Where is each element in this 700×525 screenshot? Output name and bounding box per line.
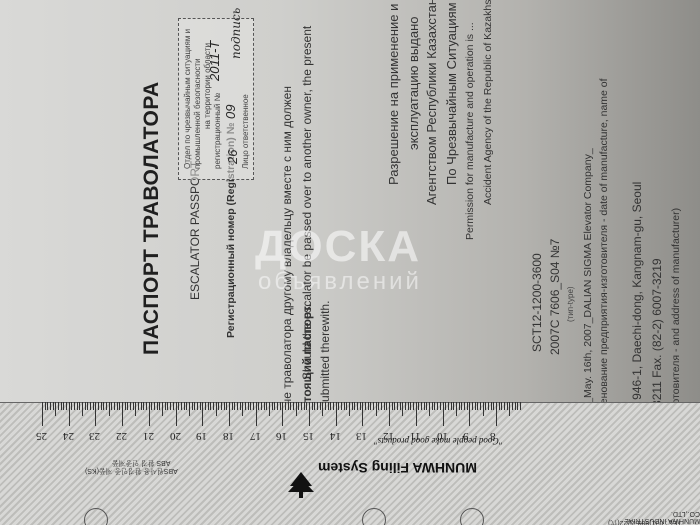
ruler-tick	[312, 402, 313, 410]
ruler-tick	[146, 402, 147, 410]
ruler-hole	[84, 508, 108, 525]
ruler-tick	[512, 402, 513, 410]
ruler-tick	[256, 402, 257, 426]
ruler-tick	[82, 402, 83, 416]
ruler-tick	[47, 402, 48, 410]
ruler-tick	[328, 402, 329, 410]
ruler-tick	[432, 402, 433, 410]
ruler-tick	[381, 402, 382, 410]
ruler-tick	[170, 402, 171, 410]
ruler-tick	[424, 402, 425, 410]
ruler-hole	[362, 508, 386, 525]
ruler-tick	[357, 402, 358, 410]
ruler-tick	[314, 402, 315, 410]
ruler-tick	[119, 402, 120, 410]
ruler-number: 15	[303, 430, 314, 442]
ruler-tick	[472, 402, 473, 410]
ruler-number: 17	[250, 430, 261, 442]
ruler-tick	[250, 402, 251, 410]
ruler-tick	[130, 402, 131, 410]
ruler-tick	[469, 402, 470, 426]
ruler-tick	[443, 402, 444, 426]
ruler-tick	[61, 402, 62, 410]
ruler-tick	[93, 402, 94, 410]
ruler-tick	[157, 402, 158, 410]
permission-ru-1: Разрешение на применение и	[386, 4, 401, 185]
ruler-tick	[285, 402, 286, 410]
ruler-tick	[301, 402, 302, 410]
ruler-brand: MUNHWA Filing System	[318, 460, 477, 476]
ruler-tick	[79, 402, 80, 410]
ruler-tick	[520, 402, 521, 410]
ruler-tick	[384, 402, 385, 410]
ruler-tick	[192, 402, 193, 410]
ruler-tick	[360, 402, 361, 410]
ruler-tick	[485, 402, 486, 410]
ruler-tick	[181, 402, 182, 410]
ruler-tick	[451, 402, 452, 410]
ruler-tick	[151, 402, 152, 410]
stamp-signature: подпись	[229, 8, 243, 59]
ruler-tick	[87, 402, 88, 410]
ruler-maker-tel: TEL : 031)989-2222(代)	[608, 518, 682, 525]
ruler-tick	[208, 402, 209, 410]
ruler-tick	[154, 402, 155, 410]
ruler-tick	[402, 402, 403, 416]
ruler-tick	[90, 402, 91, 410]
ruler-number: 25	[36, 430, 47, 442]
ruler-tick	[373, 402, 374, 410]
ruler-tick	[496, 402, 497, 426]
permission-ru-3: Агентством Республики Казахстан	[424, 0, 439, 205]
ruler-tick	[290, 402, 291, 410]
ruler-tick	[127, 402, 128, 410]
ruler-tick	[135, 402, 136, 416]
ruler-tick	[517, 402, 518, 410]
ruler-tick	[210, 402, 211, 410]
ruler-tick	[229, 402, 230, 426]
ruler-tick	[499, 402, 500, 410]
ruler-tick	[491, 402, 492, 410]
stamp-footer: Лицо ответственное	[241, 94, 250, 169]
ruler-tick	[216, 402, 217, 416]
ruler-tick	[344, 402, 345, 410]
ruler-tick	[467, 402, 468, 410]
ruler-tick	[197, 402, 198, 410]
stamp-line1: Отдел по чрезвычайным ситуациям и	[183, 29, 192, 169]
ruler-tick	[55, 402, 56, 416]
tree-logo-icon	[286, 470, 316, 500]
ruler-tick	[261, 402, 262, 410]
ruler-tick	[53, 402, 54, 410]
ruler-tick	[429, 402, 430, 416]
ruler-number: 22	[116, 430, 127, 442]
stamp-line2: промышленной безопасности	[193, 58, 202, 169]
permission-en-1: Permission for manufacture and operation…	[464, 22, 476, 240]
ruler-small-text-2: ABS원사용 환경인증 제품(KS)	[85, 466, 178, 476]
ruler-tick	[194, 402, 195, 410]
ruler-tick	[298, 402, 299, 410]
ruler-number: 14	[330, 430, 341, 442]
ruler-number: 20	[170, 430, 181, 442]
ruler-tick	[200, 402, 201, 410]
ruler-tick	[224, 402, 225, 410]
ruler-tick	[426, 402, 427, 410]
permission-ru-2: эксплуатацию выдано	[406, 17, 421, 150]
permission-ru-4: По Чрезвычайным Ситуациям	[444, 2, 459, 185]
ruler-tick	[240, 402, 241, 410]
ruler-tick	[186, 402, 187, 410]
ruler-slogan: "Good people make good products"	[374, 436, 503, 446]
ruler-number: 19	[196, 430, 207, 442]
ruler-tick	[274, 402, 275, 410]
ruler-tick	[320, 402, 321, 410]
ruler-tick	[66, 402, 67, 410]
ruler-tick	[408, 402, 409, 410]
ruler-tick	[440, 402, 441, 410]
ruler-tick	[405, 402, 406, 410]
ruler-tick	[464, 402, 465, 410]
ruler-tick	[480, 402, 481, 410]
ruler-tick	[117, 402, 118, 410]
ruler-tick	[306, 402, 307, 410]
ruler-tick	[445, 402, 446, 410]
ruler-tick	[237, 402, 238, 410]
ruler-tick	[266, 402, 267, 410]
ruler-tick	[167, 402, 168, 410]
ruler-tick	[416, 402, 417, 426]
ruler-tick	[205, 402, 206, 410]
ruler-number: 23	[89, 430, 100, 442]
ruler-tick	[437, 402, 438, 410]
ruler-tick	[189, 402, 190, 416]
ruler-tick	[504, 402, 505, 410]
ruler-tick	[293, 402, 294, 410]
ruler-tick	[218, 402, 219, 410]
ruler-tick	[42, 402, 43, 426]
ruler-tick	[317, 402, 318, 410]
ruler-tick	[95, 402, 96, 426]
ruler-tick	[248, 402, 249, 410]
ruler-tick	[58, 402, 59, 410]
ruler-tick	[109, 402, 110, 416]
ruler-tick	[509, 402, 510, 416]
ruler-tick	[346, 402, 347, 410]
ruler-tick	[488, 402, 489, 410]
ruler-tick	[178, 402, 179, 410]
ruler-tick	[258, 402, 259, 410]
ruler-number: 18	[223, 430, 234, 442]
ruler-tick	[459, 402, 460, 410]
ruler-tick	[50, 402, 51, 410]
ruler-tick	[184, 402, 185, 410]
ruler-tick	[143, 402, 144, 410]
ruler-tick	[133, 402, 134, 410]
transfer-notice-en-1: Should the escalator be passed over to a…	[300, 26, 314, 380]
ruler-tick	[493, 402, 494, 410]
ruler-tick	[394, 402, 395, 410]
ruler-tick	[138, 402, 139, 410]
ruler-tick	[159, 402, 160, 410]
ruler-tick	[98, 402, 99, 410]
serial-value: 2007C 7606_S04 №7	[548, 239, 562, 355]
ruler-tick	[114, 402, 115, 410]
ruler-tick	[106, 402, 107, 410]
ruler-tick	[74, 402, 75, 410]
ruler-tick	[288, 402, 289, 410]
ruler-tick	[202, 402, 203, 426]
ruler-tick	[368, 402, 369, 410]
ruler-tick	[392, 402, 393, 410]
type-note: (тип-type)	[566, 286, 575, 322]
ruler-tick	[515, 402, 516, 410]
ruler-tick	[242, 402, 243, 416]
ruler-tick	[173, 402, 174, 410]
ruler-tick	[282, 402, 283, 426]
ruler-tick	[370, 402, 371, 410]
ruler-tick	[63, 402, 64, 410]
ruler-tick	[85, 402, 86, 410]
ruler: 2524232221201918171615141312111098 MUNHW…	[0, 402, 700, 525]
ruler-tick	[386, 402, 387, 410]
ruler-tick	[122, 402, 123, 426]
type-value: SCT12-1200-3600	[530, 253, 544, 352]
ruler-tick	[410, 402, 411, 410]
ruler-tick	[434, 402, 435, 410]
ruler-tick	[165, 402, 166, 410]
ruler-tick	[234, 402, 235, 410]
stamp-date-month: 09	[223, 105, 238, 119]
watermark-logo: ДОСКА	[255, 222, 421, 272]
ruler-tick	[389, 402, 390, 426]
ruler-tick	[277, 402, 278, 410]
ruler-tick	[264, 402, 265, 410]
ruler-tick	[272, 402, 273, 410]
ruler-tick	[221, 402, 222, 410]
ruler-tick	[376, 402, 377, 416]
ruler-tick	[226, 402, 227, 410]
ruler-tick	[280, 402, 281, 410]
ruler-tick	[421, 402, 422, 410]
stamp-reg-label: регистрационный №	[213, 93, 222, 169]
ruler-tick	[245, 402, 246, 410]
ruler-tick	[325, 402, 326, 410]
ruler-tick	[71, 402, 72, 410]
document-title-en: ESCALATOR PASSPORT	[188, 161, 202, 300]
ruler-tick	[378, 402, 379, 410]
ruler-tick	[304, 402, 305, 410]
ruler-tick	[322, 402, 323, 416]
stamp-date-day: 26	[225, 150, 240, 164]
ruler-tick	[475, 402, 476, 410]
ruler-tick	[341, 402, 342, 410]
ruler-tick	[45, 402, 46, 410]
ruler-tick	[483, 402, 484, 416]
ruler-tick	[77, 402, 78, 410]
ruler-tick	[362, 402, 363, 426]
ruler-number: 24	[63, 430, 74, 442]
ruler-tick	[400, 402, 401, 410]
ruler-hole	[460, 508, 484, 525]
ruler-tick	[330, 402, 331, 410]
ruler-tick	[141, 402, 142, 410]
registration-stamp: Отдел по чрезвычайным ситуациям и промыш…	[178, 18, 254, 180]
stamp-reg-number: 2011-Т	[207, 41, 222, 81]
ruler-tick	[365, 402, 366, 410]
ruler-tick	[296, 402, 297, 416]
ruler-tick	[269, 402, 270, 416]
ruler-tick	[125, 402, 126, 410]
ruler-tick	[333, 402, 334, 410]
ruler-tick	[349, 402, 350, 416]
ruler-tick	[309, 402, 310, 426]
ruler-tick	[176, 402, 177, 426]
ruler-tick	[507, 402, 508, 410]
ruler-tick	[453, 402, 454, 410]
ruler-tick	[101, 402, 102, 410]
ruler-number: 16	[276, 430, 287, 442]
ruler-tick	[69, 402, 70, 426]
ruler-tick	[253, 402, 254, 410]
ruler-tick	[354, 402, 355, 410]
ruler-tick	[413, 402, 414, 410]
ruler-tick	[501, 402, 502, 410]
ruler-tick	[103, 402, 104, 410]
ruler-tick	[397, 402, 398, 410]
ruler-tick	[213, 402, 214, 410]
permission-en-2: Accident Agency of the Republic of Kazak…	[482, 0, 494, 205]
ruler-tick	[162, 402, 163, 416]
ruler-tick	[336, 402, 337, 426]
ruler-tick	[418, 402, 419, 410]
ruler-tick	[338, 402, 339, 410]
document-title-ru: ПАСПОРТ ТРАВОЛАТОРА	[140, 81, 164, 355]
ruler-tick	[448, 402, 449, 410]
ruler-tick	[456, 402, 457, 416]
watermark-subtitle: объявлений	[258, 268, 422, 296]
ruler-tick	[111, 402, 112, 410]
ruler-tick	[149, 402, 150, 426]
ruler-tick	[461, 402, 462, 410]
ruler-tick	[477, 402, 478, 410]
ruler-tick	[352, 402, 353, 410]
ruler-number: 21	[143, 430, 154, 442]
ruler-number: 13	[356, 430, 367, 442]
ruler-tick	[232, 402, 233, 410]
